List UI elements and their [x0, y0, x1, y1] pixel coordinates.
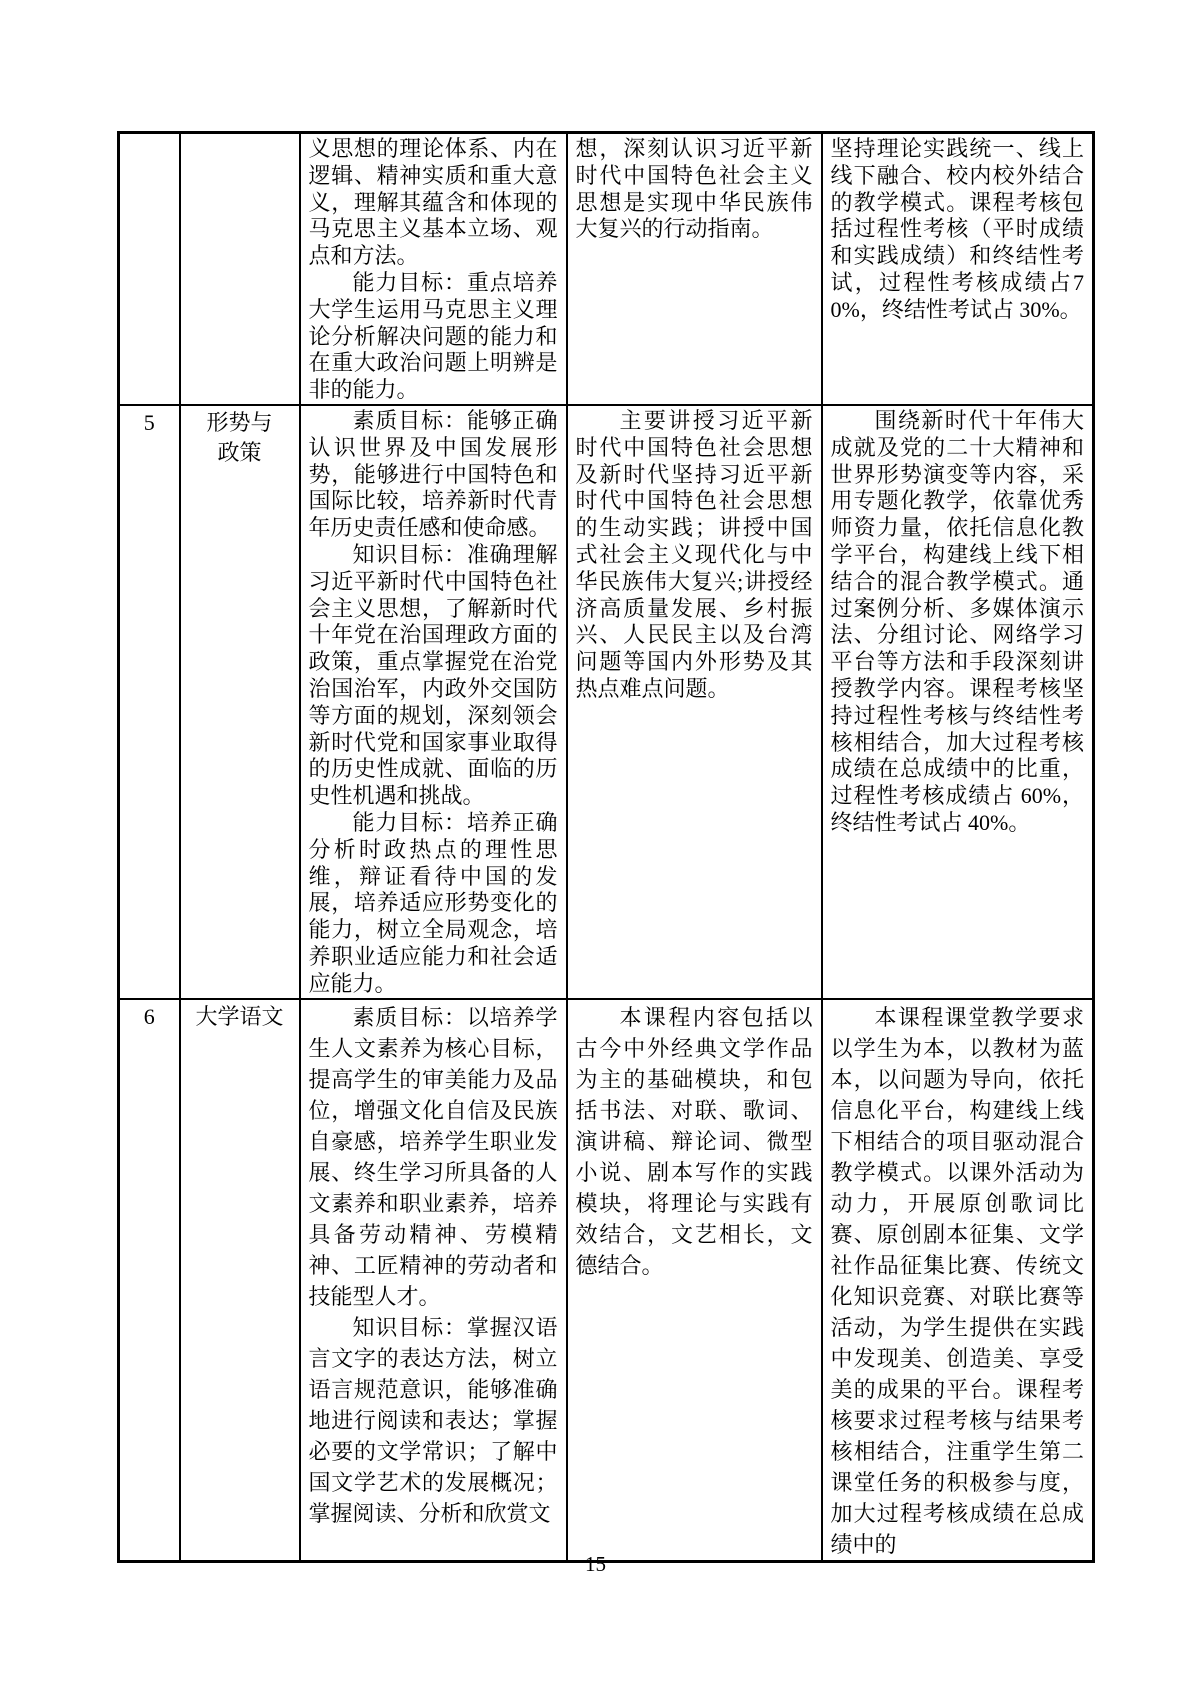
course-methods-cell: 本课程课堂教学要求以学生为本，以教材为蓝本，以问题为导向，依托信息化平台，构建线…: [822, 999, 1094, 1562]
cell-paragraph: 素质目标：以培养学生人文素养为核心目标，提高学生的审美能力及品位，增强文化自信及…: [309, 1002, 558, 1312]
course-name-cell: 形势与 政策: [180, 405, 300, 999]
course-methods-cell: 围绕新时代十年伟大成就及党的二十大精神和世界形势演变等内容，采用专题化教学，依靠…: [822, 405, 1094, 999]
course-methods-cell: 坚持理论实践统一、线上线下融合、校内校外结合的教学模式。课程考核包括过程性考核（…: [822, 133, 1094, 405]
cell-paragraph: 主要讲授习近平新时代中国特色社会思想及新时代坚持习近平新时代中国特色社会思想的生…: [576, 408, 813, 703]
course-content-cell: 主要讲授习近平新时代中国特色社会思想及新时代坚持习近平新时代中国特色社会思想的生…: [567, 405, 822, 999]
cell-paragraph: 义思想的理论体系、内在逻辑、精神实质和重大意义，理解其蕴含和体现的马克思主义基本…: [309, 136, 558, 270]
course-content-cell: 本课程内容包括以古今中外经典文学作品为主的基础模块，和包括书法、对联、歌词、演讲…: [567, 999, 822, 1562]
cell-paragraph: 本课程课堂教学要求以学生为本，以教材为蓝本，以问题为导向，依托信息化平台，构建线…: [831, 1002, 1085, 1560]
document-page: 义思想的理论体系、内在逻辑、精神实质和重大意义，理解其蕴含和体现的马克思主义基本…: [0, 0, 1191, 1684]
table-row: 5 形势与 政策 素质目标：能够正确认识世界及中国发展形势，能够进行中国特色和国…: [119, 405, 1094, 999]
cell-paragraph: 围绕新时代十年伟大成就及党的二十大精神和世界形势演变等内容，采用专题化教学，依靠…: [831, 408, 1085, 837]
cell-paragraph: 能力目标：培养正确分析时政热点的理性思维，辩证看待中国的发展，培养适应形势变化的…: [309, 810, 558, 998]
cell-paragraph: 知识目标：掌握汉语言文字的表达方法，树立语言规范意识，能够准确地进行阅读和表达；…: [309, 1312, 558, 1529]
cell-paragraph: 本课程内容包括以古今中外经典文学作品为主的基础模块，和包括书法、对联、歌词、演讲…: [576, 1002, 813, 1281]
cell-paragraph: 知识目标：准确理解习近平新时代中国特色社会主义思想，了解新时代十年党在治国理政方…: [309, 542, 558, 810]
course-plan-table: 义思想的理论体系、内在逻辑、精神实质和重大意义，理解其蕴含和体现的马克思主义基本…: [117, 131, 1095, 1563]
cell-paragraph: 想，深刻认识习近平新时代中国特色社会主义思想是实现中华民族伟大复兴的行动指南。: [576, 136, 813, 243]
cell-paragraph: 能力目标：重点培养大学生运用马克思主义理论分析解决问题的能力和在重大政治问题上明…: [309, 270, 558, 404]
cell-paragraph: 素质目标：能够正确认识世界及中国发展形势，能够进行中国特色和国际比较，培养新时代…: [309, 408, 558, 542]
cell-paragraph: 坚持理论实践统一、线上线下融合、校内校外结合的教学模式。课程考核包括过程性考核（…: [831, 136, 1085, 324]
table-row: 义思想的理论体系、内在逻辑、精神实质和重大意义，理解其蕴含和体现的马克思主义基本…: [119, 133, 1094, 405]
course-objectives-cell: 素质目标：以培养学生人文素养为核心目标，提高学生的审美能力及品位，增强文化自信及…: [300, 999, 567, 1562]
row-seq-cell: 6: [119, 999, 180, 1562]
row-seq-cell: [119, 133, 180, 405]
page-number: 15: [0, 1552, 1191, 1577]
course-objectives-cell: 义思想的理论体系、内在逻辑、精神实质和重大意义，理解其蕴含和体现的马克思主义基本…: [300, 133, 567, 405]
row-seq-cell: 5: [119, 405, 180, 999]
course-content-cell: 想，深刻认识习近平新时代中国特色社会主义思想是实现中华民族伟大复兴的行动指南。: [567, 133, 822, 405]
course-objectives-cell: 素质目标：能够正确认识世界及中国发展形势，能够进行中国特色和国际比较，培养新时代…: [300, 405, 567, 999]
course-name-cell: 大学语文: [180, 999, 300, 1562]
table-row: 6 大学语文 素质目标：以培养学生人文素养为核心目标，提高学生的审美能力及品位，…: [119, 999, 1094, 1562]
course-name-cell: [180, 133, 300, 405]
